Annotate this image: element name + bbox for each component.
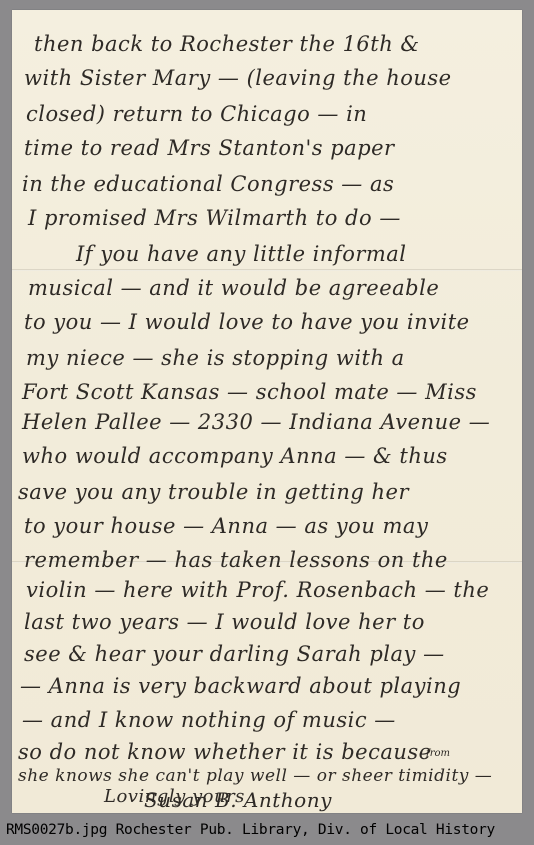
insertion-above: from [426, 748, 450, 759]
letter-line: in the educational Congress — as [22, 172, 394, 196]
letter-line: musical — and it would be agreeable [28, 276, 439, 300]
image-caption: RMS0027b.jpg Rochester Pub. Library, Div… [6, 822, 495, 838]
letter-line: so do not know whether it is because [18, 740, 432, 764]
letter-line: time to read Mrs Stanton's paper [24, 136, 395, 160]
signature-visible: Susan B. Anthony [144, 788, 332, 812]
letter-line: she knows she can't play well — or sheer… [18, 766, 492, 786]
letter-line: save you any trouble in getting her [18, 480, 409, 504]
letter-page: then back to Rochester the 16th & with S… [12, 10, 522, 813]
letter-line: If you have any little informal [76, 242, 407, 266]
letter-line: — and I know nothing of music — [22, 708, 396, 732]
letter-line: my niece — she is stopping with a [26, 346, 405, 370]
letter-line: to your house — Anna — as you may [24, 514, 428, 538]
letter-line: closed) return to Chicago — in [26, 102, 367, 126]
letter-line: with Sister Mary — (leaving the house [24, 66, 452, 90]
letter-line: remember — has taken lessons on the [24, 548, 448, 572]
letter-line: last two years — I would love her to [24, 610, 425, 634]
letter-line: Fort Scott Kansas — school mate — Miss [22, 380, 477, 404]
fold-line-upper [12, 269, 522, 271]
letter-line: who would accompany Anna — & thus [22, 444, 448, 468]
letter-line: I promised Mrs Wilmarth to do — [28, 206, 401, 230]
letter-line: violin — here with Prof. Rosenbach — the [26, 578, 489, 602]
letter-line: — Anna is very backward about playing [20, 674, 461, 698]
letter-line: see & hear your darling Sarah play — [24, 642, 445, 666]
letter-line: Helen Pallee — 2330 — Indiana Avenue — [22, 410, 490, 434]
letter-line: then back to Rochester the 16th & [34, 32, 420, 56]
letter-line: to you — I would love to have you invite [24, 310, 470, 334]
